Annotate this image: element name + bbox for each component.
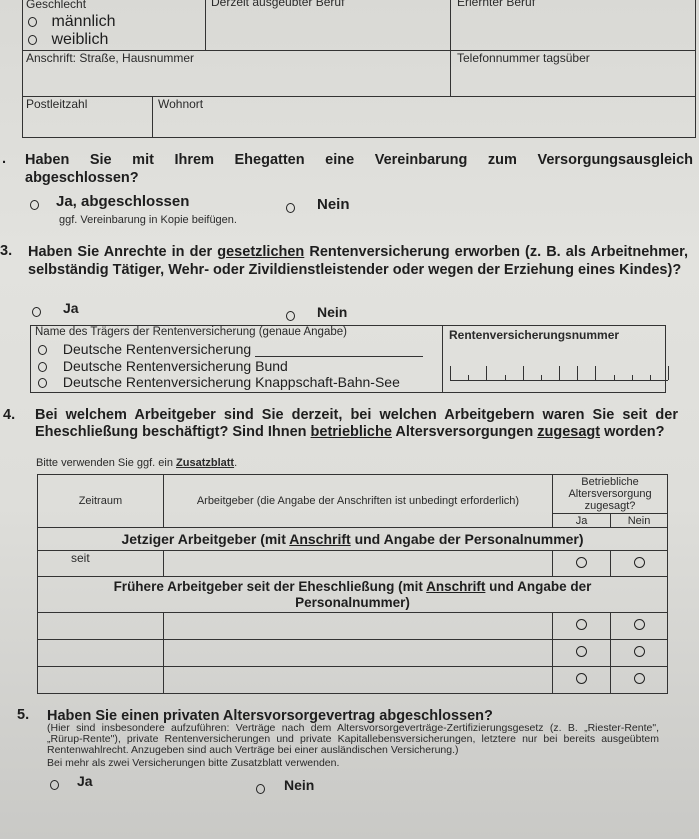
zip-label: Postleitzahl: [26, 97, 87, 111]
radio-icon[interactable]: [286, 311, 295, 321]
question-2-number: .: [2, 151, 6, 167]
carrier-option-bund[interactable]: Deutsche Rentenversicherung Bund: [38, 358, 288, 374]
digit-tick: [450, 366, 451, 380]
q3-option-yes[interactable]: Ja: [32, 303, 41, 321]
former-yes-radio[interactable]: [553, 613, 611, 640]
col-period-header: Zeitraum: [38, 475, 164, 528]
city-field[interactable]: [154, 112, 694, 136]
divider: [450, 0, 451, 96]
radio-icon[interactable]: [30, 200, 39, 210]
question-5-number: 5.: [17, 707, 29, 723]
radio-icon[interactable]: [38, 345, 47, 355]
radio-icon[interactable]: [28, 17, 37, 27]
q2-option-no[interactable]: Nein: [286, 199, 295, 217]
digit-tick: [614, 375, 615, 380]
question-4-number: 4.: [3, 407, 15, 423]
col-no-header: Nein: [611, 514, 668, 528]
question-2-text: Haben Sie mit Ihrem Ehegatten eine Verei…: [25, 151, 693, 187]
table-row: [38, 613, 668, 640]
former-period-cell[interactable]: [38, 640, 164, 667]
address-field[interactable]: [24, 66, 448, 94]
former-no-radio[interactable]: [611, 640, 668, 667]
radio-icon[interactable]: [576, 619, 587, 630]
learned-job-field[interactable]: [452, 10, 694, 48]
radio-icon[interactable]: [634, 673, 645, 684]
radio-icon[interactable]: [576, 673, 587, 684]
phone-field[interactable]: [452, 66, 694, 94]
radio-icon[interactable]: [634, 646, 645, 657]
radio-icon[interactable]: [38, 378, 47, 388]
carrier-label: Name des Trägers der Rentenversicherung …: [35, 326, 347, 338]
digit-tick: [468, 375, 469, 380]
q5-option-yes[interactable]: Ja: [50, 776, 59, 794]
former-yes-radio[interactable]: [553, 640, 611, 667]
zusatzblatt-link[interactable]: Zusatzblatt: [176, 457, 234, 469]
digit-tick: [632, 375, 633, 380]
q2-option-yes[interactable]: Ja, abgeschlossen: [30, 196, 39, 214]
insurance-number-field[interactable]: [450, 366, 668, 381]
q4-hint: Bitte verwenden Sie ggf. ein Zusatzblatt…: [36, 457, 237, 469]
former-employer-cell[interactable]: [163, 667, 552, 694]
question-3-number: 3.: [0, 243, 12, 259]
divider: [22, 96, 696, 97]
radio-icon[interactable]: [634, 619, 645, 630]
gender-option-female[interactable]: weiblich: [28, 31, 108, 49]
col-pension-header: Betriebliche Altersversorgung zugesagt?: [553, 475, 668, 514]
former-no-radio[interactable]: [611, 667, 668, 694]
current-yes-radio[interactable]: [553, 551, 611, 577]
digit-tick: [541, 375, 542, 380]
city-label: Wohnort: [158, 97, 203, 111]
insurance-number-label: Rentenversicherungsnummer: [449, 328, 619, 342]
q5-option-no[interactable]: Nein: [256, 780, 265, 798]
question-4-text: Bei welchem Arbeitgeber sind Sie derzeit…: [35, 407, 678, 441]
phone-label: Telefonnummer tagsüber: [457, 51, 590, 65]
digit-tick: [486, 366, 487, 380]
radio-icon[interactable]: [634, 557, 645, 568]
col-yes-header: Ja: [553, 514, 611, 528]
former-period-cell[interactable]: [38, 613, 164, 640]
q2-yes-note: ggf. Vereinbarung in Kopie beifügen.: [59, 214, 237, 226]
employer-table: Zeitraum Arbeitgeber (die Angabe der Ans…: [37, 474, 668, 694]
gender-label: Geschlecht: [26, 0, 86, 11]
q3-option-no[interactable]: Nein: [286, 307, 295, 325]
zip-field[interactable]: [24, 112, 150, 136]
current-period-cell[interactable]: seit: [38, 551, 164, 577]
q5-note: (Hier sind insbesondere aufzuführen: Ver…: [47, 723, 659, 756]
divider: [442, 325, 443, 393]
table-row: [38, 640, 668, 667]
address-label: Anschrift: Straße, Hausnummer: [26, 51, 194, 65]
radio-icon[interactable]: [38, 362, 47, 372]
carrier-option-kbs[interactable]: Deutsche Rentenversicherung Knappschaft-…: [38, 374, 400, 390]
digit-tick: [577, 366, 578, 380]
divider: [205, 0, 206, 50]
table-row: seit: [38, 551, 668, 577]
former-employer-header: Frühere Arbeitgeber seit der Eheschließu…: [38, 577, 668, 613]
radio-icon[interactable]: [50, 780, 59, 790]
radio-icon[interactable]: [32, 307, 41, 317]
current-job-field[interactable]: [207, 10, 448, 48]
digit-tick: [505, 375, 506, 380]
carrier-option-drv[interactable]: Deutsche Rentenversicherung: [38, 341, 423, 357]
radio-icon[interactable]: [576, 646, 587, 657]
radio-icon[interactable]: [256, 784, 265, 794]
col-employer-header: Arbeitgeber (die Angabe der Anschriften …: [163, 475, 552, 528]
question-3-text: Haben Sie Anrechte in der gesetzlichen R…: [28, 243, 688, 279]
current-employer-cell[interactable]: [163, 551, 552, 577]
radio-icon[interactable]: [286, 203, 295, 213]
digit-tick: [559, 366, 560, 380]
q5-note-2: Bei mehr als zwei Versicherungen bitte Z…: [47, 757, 339, 769]
digit-tick: [595, 366, 596, 380]
table-row: [38, 667, 668, 694]
gender-option-male[interactable]: männlich: [28, 13, 115, 31]
current-job-label: Derzeit ausgeübter Beruf: [211, 0, 344, 9]
digit-tick: [523, 366, 524, 380]
carrier-name-field[interactable]: [255, 356, 423, 357]
former-period-cell[interactable]: [38, 667, 164, 694]
current-no-radio[interactable]: [611, 551, 668, 577]
current-employer-header: Jetziger Arbeitgeber (mit Anschrift und …: [38, 528, 668, 551]
radio-icon[interactable]: [576, 557, 587, 568]
former-no-radio[interactable]: [611, 613, 668, 640]
former-employer-cell[interactable]: [163, 613, 552, 640]
divider: [152, 96, 153, 138]
digit-tick: [650, 375, 651, 380]
former-yes-radio[interactable]: [553, 667, 611, 694]
digit-tick: [668, 366, 669, 380]
learned-job-label: Erlernter Beruf: [457, 0, 535, 9]
radio-icon[interactable]: [28, 35, 37, 45]
former-employer-cell[interactable]: [163, 640, 552, 667]
